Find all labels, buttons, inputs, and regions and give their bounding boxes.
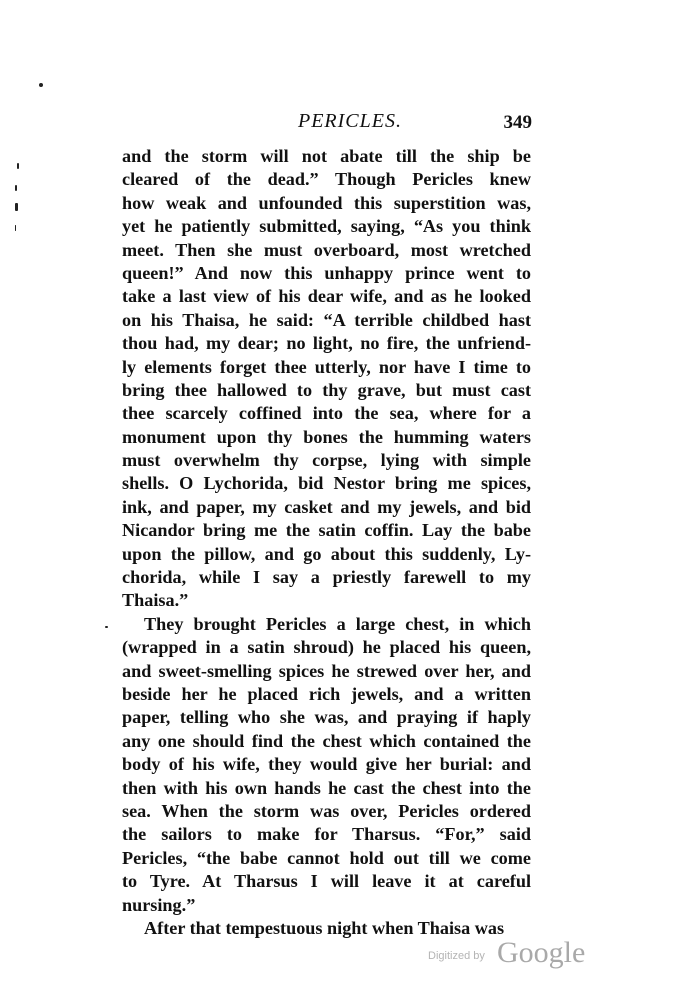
text-line: paper, telling who she was, and praying … (122, 706, 531, 729)
text-line: chorida, while I say a priestly farewell… (122, 566, 531, 589)
text-line: and the storm will not abate till the sh… (122, 145, 531, 168)
scan-speck (15, 225, 16, 231)
text-line: ly elements forget thee utterly, nor hav… (122, 356, 531, 379)
text-line: They brought Pericles a large chest, in … (122, 613, 531, 636)
text-line: upon the pillow, and go about this sudde… (122, 543, 531, 566)
text-line: thou had, my dear; no light, no fire, th… (122, 332, 531, 355)
text-line: must overwhelm thy corpse, lying with si… (122, 449, 531, 472)
text-line: After that tempestuous night when Thaisa… (122, 917, 531, 940)
text-line: shells. O Lychorida, bid Nestor bring me… (122, 472, 531, 495)
page-header: PERICLES. 349 (120, 108, 532, 138)
paragraph: They brought Pericles a large chest, in … (122, 613, 531, 917)
text-line: cleared of the dead.” Though Pericles kn… (122, 168, 531, 191)
scan-speck (39, 83, 43, 87)
text-line: how weak and unfounded this superstition… (122, 192, 531, 215)
scan-speck (15, 185, 17, 191)
text-line: and sweet-smelling spices he strewed ove… (122, 660, 531, 683)
text-line: (wrapped in a satin shroud) he placed hi… (122, 636, 531, 659)
text-line: bring thee hallowed to thy grave, but mu… (122, 379, 531, 402)
text-line: monument upon thy bones the humming wate… (122, 426, 531, 449)
scan-speck (17, 163, 19, 169)
text-line: body of his wife, they would give her bu… (122, 753, 531, 776)
text-line: Thaisa.” (122, 589, 531, 612)
paragraph: and the storm will not abate till the sh… (122, 145, 531, 613)
digitized-by-label: Digitized by (428, 950, 485, 962)
text-line: then with his own hands he cast the ches… (122, 777, 531, 800)
scan-speck (15, 203, 18, 211)
scan-speck (105, 626, 108, 628)
page-number: 349 (504, 112, 533, 134)
text-line: queen!” And now this unhappy prince went… (122, 262, 531, 285)
google-watermark: Google (497, 936, 585, 970)
text-line: the sailors to make for Tharsus. “For,” … (122, 823, 531, 846)
text-line: to Tyre. At Tharsus I will leave it at c… (122, 870, 531, 893)
text-line: on his Thaisa, he said: “A terrible chil… (122, 309, 531, 332)
text-line: nursing.” (122, 894, 531, 917)
running-title: PERICLES. (298, 110, 402, 133)
text-line: sea. When the storm was over, Pericles o… (122, 800, 531, 823)
text-line: take a last view of his dear wife, and a… (122, 285, 531, 308)
text-line: Nicandor bring me the satin coffin. Lay … (122, 519, 531, 542)
text-line: ink, and paper, my casket and my jewels,… (122, 496, 531, 519)
text-line: beside her he placed rich jewels, and a … (122, 683, 531, 706)
text-line: yet he patiently submitted, saying, “As … (122, 215, 531, 238)
text-line: Pericles, “the babe cannot hold out till… (122, 847, 531, 870)
paragraph: After that tempestuous night when Thaisa… (122, 917, 531, 940)
body-text: and the storm will not abate till the sh… (122, 145, 531, 940)
text-line: meet. Then she must overboard, most wret… (122, 239, 531, 262)
text-line: any one should find the chest which cont… (122, 730, 531, 753)
text-line: thee scarcely coffined into the sea, whe… (122, 402, 531, 425)
